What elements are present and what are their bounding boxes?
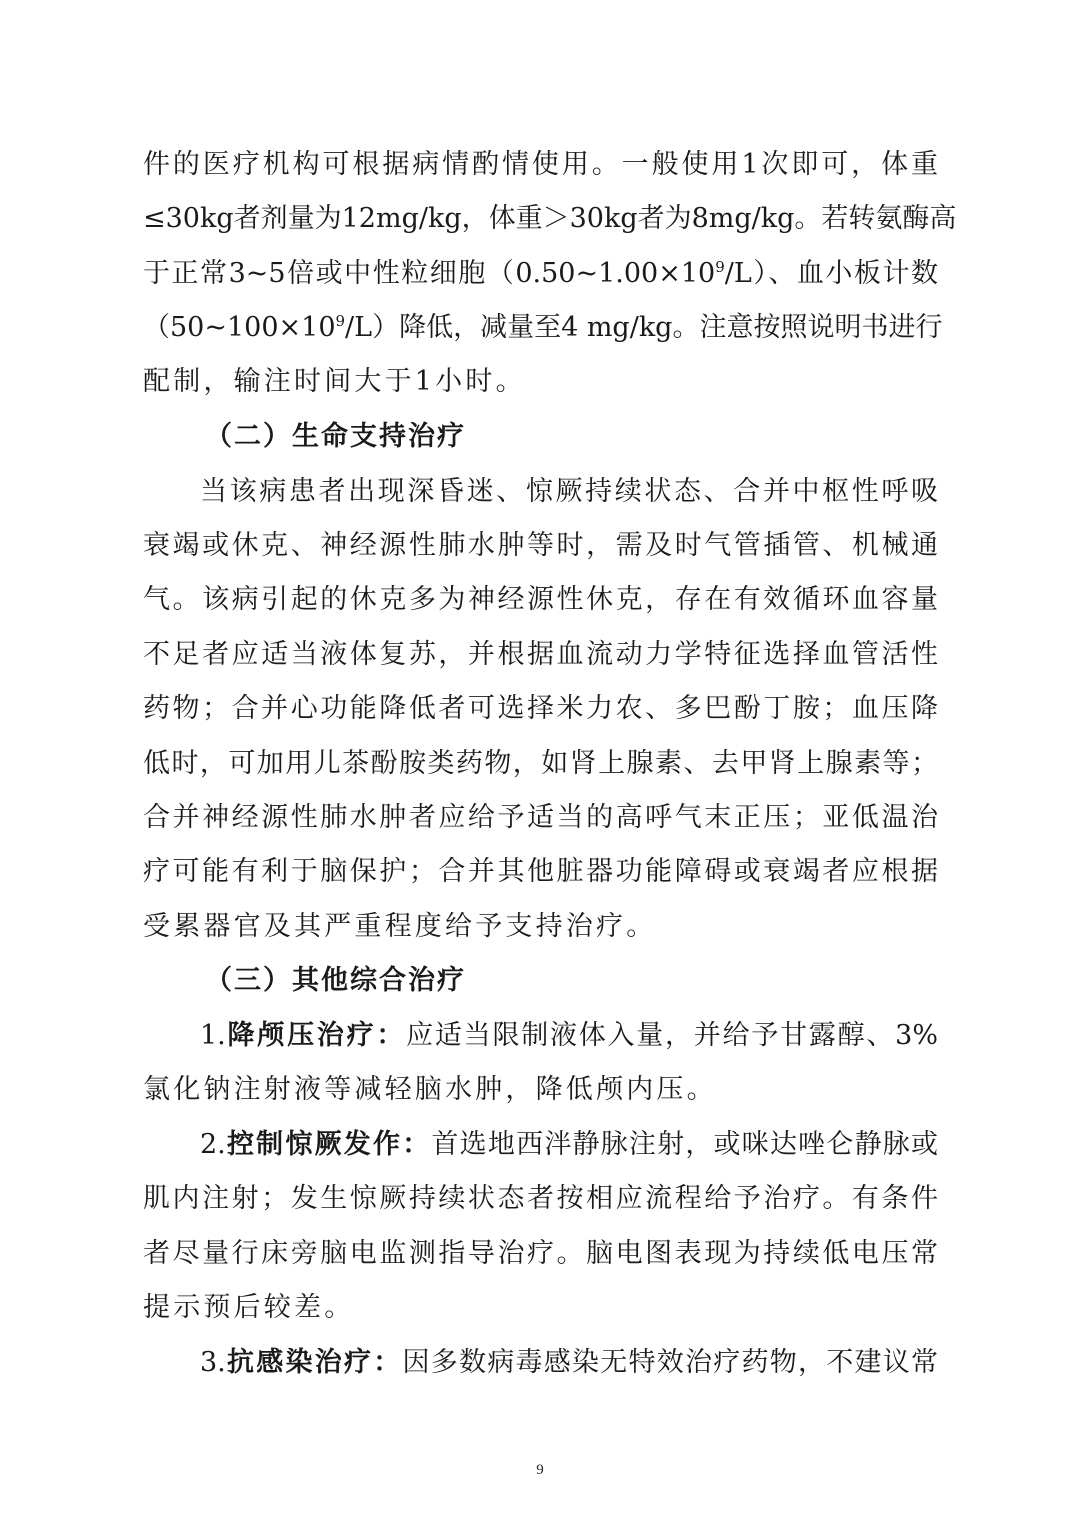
text-line: 件的医疗机构可根据病情酌情使用。一般使用1次即可，体重 [143,147,938,183]
text-fragment: /L）降低，减量至4 mg/kg。注意按照说明书进行 [345,312,942,343]
item-title: 抗感染治疗： [226,1347,403,1378]
item-title: 控制惊厥发作： [226,1129,432,1160]
text-line: 合并神经源性肺水肿者应给予适当的高呼气末正压；亚低温治 [143,800,938,836]
text-line: 提示预后较差。 [143,1290,938,1326]
document-page: 件的医疗机构可根据病情酌情使用。一般使用1次即可，体重 ≤30kg者剂量为12m… [0,0,1080,1527]
text-line: 衰竭或休克、神经源性肺水肿等时，需及时气管插管、机械通 [143,528,938,564]
text-line: 配制，输注时间大于1小时。 [143,364,938,400]
text-fragment: /L）、血小板计数 [725,258,938,289]
item-number: 2. [200,1129,226,1160]
text-line: （50~100×109/L）降低，减量至4 mg/kg。注意按照说明书进行 [143,310,938,346]
text-line: 当该病患者出现深昏迷、惊厥持续状态、合并中枢性呼吸 [200,474,938,510]
item-number: 3. [200,1347,226,1378]
page-number: 9 [0,1462,1080,1479]
text-fragment: 于正常3~5倍或中性粒细胞（0.50~1.00×10 [143,258,715,289]
text-fragment: （50~100×10 [143,312,336,343]
list-item-first-line: 3.抗感染治疗：因多数病毒感染无特效治疗药物，不建议常 [200,1345,938,1381]
item-title: 降颅压治疗： [226,1020,406,1051]
text-line: 者尽量行床旁脑电监测指导治疗。脑电图表现为持续低电压常 [143,1236,938,1272]
text-line: 肌内注射；发生惊厥持续状态者按相应流程给予治疗。有条件 [143,1181,938,1217]
text-line: 药物；合并心功能降低者可选择米力农、多巴酚丁胺；血压降 [143,691,938,727]
item-text: 应适当限制液体入量，并给予甘露醇、3% [406,1020,938,1051]
section-heading: （二）生命支持治疗 [205,419,943,455]
text-line: 不足者应适当液体复苏，并根据血流动力学特征选择血管活性 [143,637,938,673]
text-line: 于正常3~5倍或中性粒细胞（0.50~1.00×109/L）、血小板计数 [143,256,938,292]
text-line: 疗可能有利于脑保护；合并其他脏器功能障碍或衰竭者应根据 [143,854,938,890]
item-number: 1. [200,1020,226,1051]
text-line: 气。该病引起的休克多为神经源性休克，存在有效循环血容量 [143,582,938,618]
text-line: 低时，可加用儿茶酚胺类药物，如肾上腺素、去甲肾上腺素等； [143,746,938,782]
text-line: 受累器官及其严重程度给予支持治疗。 [143,909,938,945]
list-item-first-line: 2.控制惊厥发作：首选地西泮静脉注射，或咪达唑仑静脉或 [200,1127,938,1163]
item-text: 因多数病毒感染无特效治疗药物，不建议常 [403,1347,939,1378]
section-heading: （三）其他综合治疗 [205,963,943,999]
superscript: 9 [715,258,725,276]
text-line: ≤30kg者剂量为12mg/kg，体重＞30kg者为8mg/kg。若转氨酶高 [143,201,938,237]
item-text: 首选地西泮静脉注射，或咪达唑仑静脉或 [431,1129,938,1160]
list-item-first-line: 1.降颅压治疗：应适当限制液体入量，并给予甘露醇、3% [200,1018,938,1054]
text-line: 氯化钠注射液等减轻脑水肿，降低颅内压。 [143,1072,938,1108]
superscript: 9 [336,312,346,330]
